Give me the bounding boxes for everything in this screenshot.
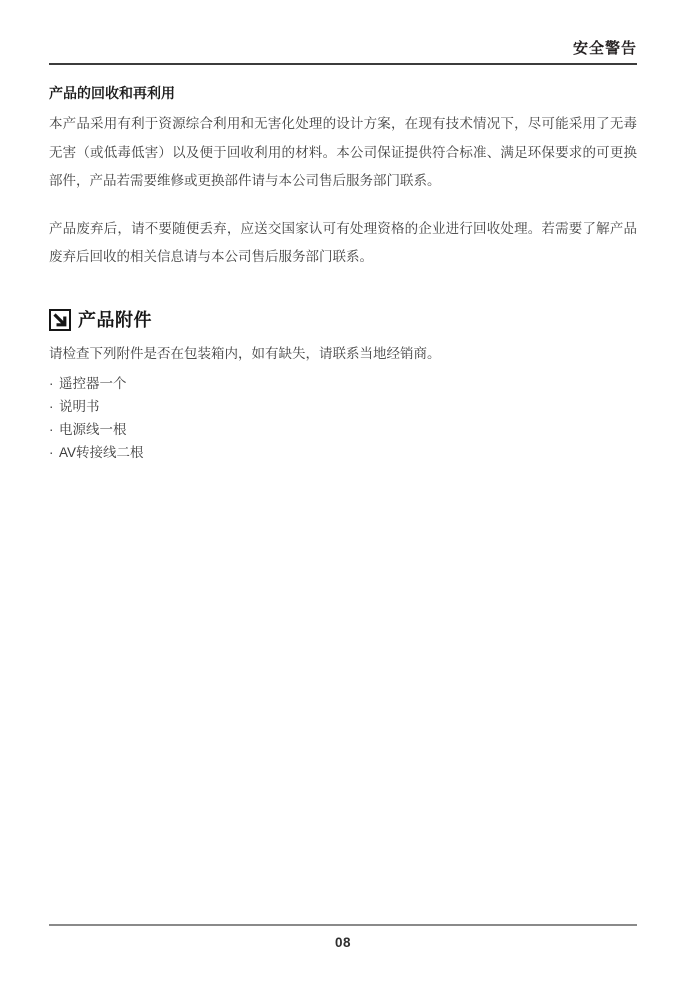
header-rule: [49, 63, 637, 65]
accessory-list: · 遥控器一个 · 说明书 · 电源线一根 · AV转接线二根: [49, 372, 637, 464]
accessory-label: 说明书: [59, 395, 100, 418]
page-content: 安全警告 产品的回收和再利用 本产品采用有利于资源综合利用和无害化处理的设计方案…: [0, 0, 686, 464]
running-header-title: 安全警告: [49, 40, 637, 58]
arrow-down-right-boxed-icon: [49, 309, 71, 331]
list-item: · AV转接线二根: [49, 441, 637, 464]
list-item: · 电源线一根: [49, 418, 637, 441]
page-footer: 08: [49, 924, 637, 952]
recycle-section-heading: 产品的回收和再利用: [49, 84, 637, 102]
bullet-glyph: ·: [49, 395, 59, 418]
accessories-intro-text: 请检查下列附件是否在包装箱内，如有缺失，请联系当地经销商。: [49, 346, 637, 361]
list-item: · 遥控器一个: [49, 372, 637, 395]
accessories-section-title: 产品附件: [78, 309, 152, 331]
manual-page: 安全警告 产品的回收和再利用 本产品采用有利于资源综合利用和无害化处理的设计方案…: [0, 0, 686, 993]
page-number: 08: [335, 935, 351, 950]
recycle-paragraph-1: 本产品采用有利于资源综合利用和无害化处理的设计方案，在现有技术情况下，尽可能采用…: [49, 110, 637, 196]
recycle-paragraph-2: 产品废弃后，请不要随便丢弃，应送交国家认可有处理资格的企业进行回收处理。若需要了…: [49, 215, 637, 272]
bullet-glyph: ·: [49, 418, 59, 441]
accessory-label: AV转接线二根: [59, 441, 144, 464]
list-item: · 说明书: [49, 395, 637, 418]
bullet-glyph: ·: [49, 372, 59, 395]
accessories-section-header: 产品附件: [49, 309, 637, 331]
accessory-label: 遥控器一个: [59, 372, 127, 395]
bullet-glyph: ·: [49, 441, 59, 464]
accessory-label: 电源线一根: [59, 418, 127, 441]
